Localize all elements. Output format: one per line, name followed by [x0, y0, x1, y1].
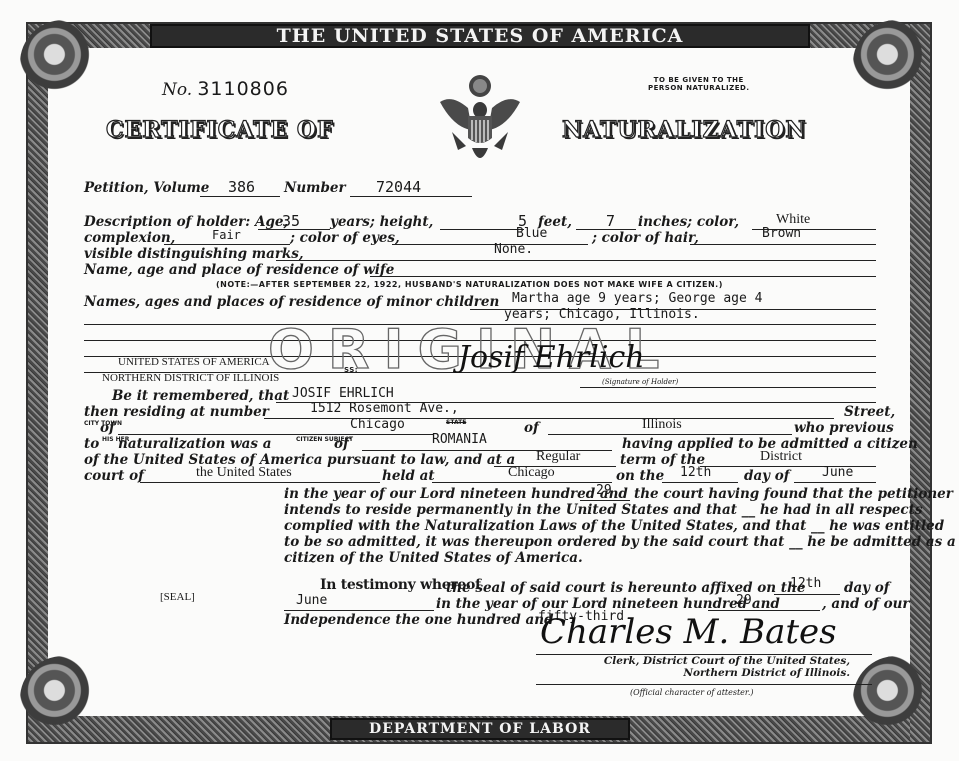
children-value-line-1: Martha age 9 years; George age 4 — [512, 291, 762, 306]
notice-line-2: PERSON NATURALIZED. — [648, 84, 749, 92]
children-label: Names, ages and places of residence of m… — [84, 294, 499, 310]
inches-color-label: inches; color, — [638, 214, 739, 230]
to-label: to — [84, 436, 99, 452]
title-certificate-of: CERTIFICATE OF — [106, 117, 334, 143]
petition-number-value: 72044 — [376, 178, 421, 196]
independence-label: Independence the one hundred and — [284, 612, 554, 628]
seal-label: [SEAL] — [160, 591, 195, 603]
residing-label: then residing at number — [84, 404, 269, 420]
corner-ornament-icon — [853, 656, 939, 742]
description-label: Description of holder: Age, — [84, 214, 288, 230]
us-law-label: of the United States of America pursuant… — [84, 452, 515, 468]
height-inches-value: 7 — [606, 212, 615, 230]
notice-person-naturalized: TO BE GIVEN TO THE PERSON NATURALIZED. — [648, 76, 749, 92]
complied-line: complied with the Naturalization Laws of… — [284, 518, 944, 534]
on-the-label: on the — [616, 468, 664, 484]
state-small-label: STATE — [446, 420, 466, 426]
day-value: 12th — [680, 465, 711, 480]
eyes-value: Blue — [516, 226, 547, 241]
eyes-label: ; color of eyes, — [290, 230, 400, 246]
citizen-subject-small-label: CITIZEN SUBJECT — [296, 437, 330, 443]
testimony-day-of-label: day of — [844, 580, 890, 596]
city-value: Chicago — [350, 417, 405, 432]
title-naturalization: NATURALIZATION — [562, 117, 807, 143]
holder-signature-caption: (Signature of Holder) — [602, 378, 678, 386]
city-town-small-label: CITY TOWN — [84, 421, 98, 427]
year-value: 29 — [596, 483, 612, 498]
attester-caption: (Official character of attester.) — [630, 688, 754, 697]
held-at-value: Chicago — [508, 465, 555, 481]
banner-department-of-labor: DEPARTMENT OF LABOR — [330, 718, 630, 740]
and-of-our-label: , and of our — [822, 596, 910, 612]
court-of-label: court of — [84, 468, 144, 484]
intends-line: intends to reside permanently in the Uni… — [284, 502, 922, 518]
naturalization-was-label: naturalization was a — [118, 436, 271, 452]
jurisdiction-line-2: NORTHERN DISTRICT OF ILLINOIS — [102, 372, 279, 384]
wife-citizenship-note: (NOTE:—AFTER SEPTEMBER 22, 1922, HUSBAND… — [216, 280, 723, 289]
complexion-value: Fair — [212, 228, 241, 242]
term-type-value: Regular — [536, 449, 580, 465]
certificate-number-value: 3110806 — [197, 78, 289, 100]
court-of-value: the United States — [196, 465, 292, 481]
clerk-signature: Charles M. Bates — [540, 612, 837, 652]
corner-ornament-icon — [20, 20, 106, 106]
admitted-line: to be so admitted, it was thereupon orde… — [284, 534, 956, 550]
address-value: 1512 Rosemont Ave., — [310, 401, 459, 416]
state-of-label: of — [524, 420, 539, 436]
corner-ornament-icon — [853, 20, 939, 106]
street-label: Street, — [844, 404, 895, 420]
jurisdiction-line-1: UNITED STATES OF AMERICA — [118, 356, 270, 368]
years-height-label: years; height, — [330, 214, 433, 230]
clerk-title: Clerk, District Court of the United Stat… — [600, 655, 850, 679]
corner-ornament-icon — [20, 656, 106, 742]
notice-line-1: TO BE GIVEN TO THE — [648, 76, 749, 84]
day-of-label: day of — [744, 468, 790, 484]
banner-united-states: THE UNITED STATES OF AMERICA — [150, 24, 810, 48]
subject-of-label: of — [334, 436, 349, 452]
petition-volume-label: Petition, Volume — [84, 180, 209, 196]
certificate-number: No. 3110806 — [162, 78, 289, 100]
hair-label: ; color of hair, — [592, 230, 699, 246]
naturalization-certificate: THE UNITED STATES OF AMERICA DEPARTMENT … — [0, 0, 959, 761]
holder-name: JOSIF EHRLICH — [292, 386, 394, 401]
eagle-emblem-icon — [432, 72, 528, 170]
held-at-label: held at — [382, 468, 435, 484]
certificate-number-label: No. — [162, 80, 192, 100]
his-her-small-label: HIS HER — [102, 437, 116, 443]
clerk-title-line-2: Northern District of Illinois. — [600, 667, 850, 679]
ss-label: SS: — [344, 366, 358, 374]
year-label: in the year of our Lord nineteen hundred… — [284, 486, 628, 502]
marks-label: visible distinguishing marks, — [84, 246, 304, 262]
country-value: ROMANIA — [432, 432, 487, 447]
wife-label: Name, age and place of residence of wife — [84, 262, 394, 278]
court-found-label: the court having found that the petition… — [634, 486, 953, 502]
testimony-day-value: 12th — [790, 576, 821, 591]
previous-label: who previous — [794, 420, 894, 436]
court-kind-value: District — [760, 449, 802, 465]
testimony-year-value: 29 — [736, 593, 752, 608]
testimony-month-value: June — [296, 593, 327, 608]
hair-value: Brown — [762, 226, 801, 241]
clerk-title-line-1: Clerk, District Court of the United Stat… — [600, 655, 850, 667]
petition-number-label: Number — [284, 180, 346, 196]
age-value: 35 — [282, 212, 300, 230]
petition-volume-value: 386 — [228, 178, 255, 196]
city-of-label: of — [100, 420, 115, 436]
complexion-label: complexion, — [84, 230, 175, 246]
remembered-label: Be it remembered, that — [112, 388, 289, 404]
holder-signature: Josif Ehrlich — [458, 340, 645, 375]
state-value: Illinois — [642, 417, 682, 433]
month-value: June — [822, 465, 853, 480]
citizen-line: citizen of the United States of America. — [284, 550, 583, 566]
marks-value: None. — [494, 242, 533, 257]
